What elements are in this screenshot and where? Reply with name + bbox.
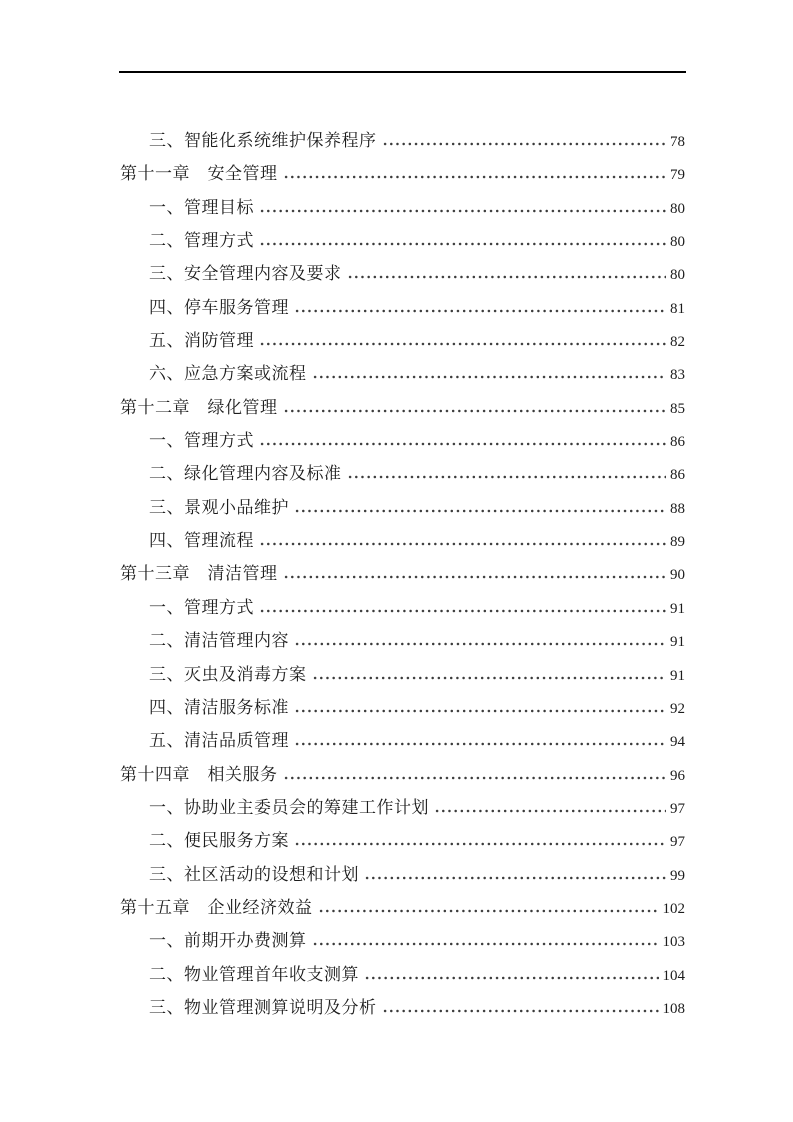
dot-leader [283,409,667,413]
toc-entry-label: 第十三章 清洁管理 [120,559,278,584]
toc-entry-label: 一、协助业主委员会的筹建工作计划 [149,793,429,818]
toc-entry-label: 三、安全管理内容及要求 [149,259,342,284]
toc-entry-page-number: 97 [670,834,685,851]
dot-leader [259,342,666,346]
dot-leader [347,475,667,479]
toc-entry-label: 三、景观小品维护 [149,493,289,518]
toc-entry-page-number: 80 [670,234,685,251]
dot-leader [364,976,659,980]
toc-entry-page-number: 108 [663,1001,686,1018]
dot-leader [434,809,666,813]
toc-entry[interactable]: 三、灭虫及消毒方案 91 [120,660,685,693]
toc-entry-label: 三、物业管理测算说明及分析 [149,993,377,1018]
toc-entry[interactable]: 二、绿化管理内容及标准 86 [120,459,685,492]
toc-entry-label: 三、灭虫及消毒方案 [149,660,307,685]
toc-entry-page-number: 85 [670,401,685,418]
header-rule [119,71,686,73]
dot-leader [318,909,659,913]
dot-leader [259,242,666,246]
toc-entry-page-number: 102 [663,901,686,918]
toc-entry[interactable]: 二、物业管理首年收支测算 104 [120,960,685,993]
dot-leader [382,1009,659,1013]
toc-entry-page-number: 82 [670,334,685,351]
toc-entry[interactable]: 四、清洁服务标准 92 [120,693,685,726]
toc-entry-label: 四、管理流程 [149,526,254,551]
toc-entry-label: 六、应急方案或流程 [149,359,307,384]
toc-entry[interactable]: 三、智能化系统维护保养程序 78 [120,126,685,159]
toc-entry[interactable]: 二、便民服务方案 97 [120,826,685,859]
toc-entry-label: 五、消防管理 [149,326,254,351]
toc-entry-page-number: 91 [670,601,685,618]
dot-leader [259,442,666,446]
toc-entry-page-number: 103 [663,934,686,951]
toc-entry-page-number: 104 [663,968,686,985]
toc-entry[interactable]: 一、管理方式 91 [120,593,685,626]
toc-entry-label: 三、智能化系统维护保养程序 [149,126,377,151]
toc-entry-label: 二、物业管理首年收支测算 [149,960,359,985]
dot-leader [283,175,667,179]
toc-entry-page-number: 81 [670,301,685,318]
toc-entry-page-number: 89 [670,534,685,551]
toc-entry[interactable]: 三、社区活动的设想和计划 99 [120,860,685,893]
dot-leader [259,209,666,213]
toc-entry[interactable]: 五、消防管理 82 [120,326,685,359]
toc-entry-page-number: 97 [670,801,685,818]
toc-entry-page-number: 80 [670,267,685,284]
toc-entry-page-number: 90 [670,567,685,584]
toc-entry[interactable]: 五、清洁品质管理 94 [120,726,685,759]
toc-entry-label: 第十一章 安全管理 [120,159,278,184]
toc-entry-page-number: 80 [670,201,685,218]
toc-entry-page-number: 91 [670,634,685,651]
toc-entry-label: 一、管理方式 [149,593,254,618]
toc-entry-label: 第十五章 企业经济效益 [120,893,313,918]
toc-entry[interactable]: 二、管理方式 80 [120,226,685,259]
toc-entry[interactable]: 第十二章 绿化管理 85 [120,393,685,426]
toc-entry-label: 一、前期开办费测算 [149,926,307,951]
toc-entry-page-number: 88 [670,501,685,518]
dot-leader [294,709,666,713]
toc-entry-label: 二、管理方式 [149,226,254,251]
toc-entry[interactable]: 一、协助业主委员会的筹建工作计划 97 [120,793,685,826]
dot-leader [294,509,666,513]
toc-entry-page-number: 92 [670,701,685,718]
toc-entry[interactable]: 第十四章 相关服务 96 [120,760,685,793]
toc-entry-label: 第十二章 绿化管理 [120,393,278,418]
dot-leader [312,676,667,680]
dot-leader [259,542,666,546]
toc-entry[interactable]: 六、应急方案或流程 83 [120,359,685,392]
toc-entry-label: 第十四章 相关服务 [120,760,278,785]
dot-leader [382,142,667,146]
toc-entry-page-number: 94 [670,734,685,751]
dot-leader [347,275,667,279]
toc-entry[interactable]: 一、管理目标 80 [120,193,685,226]
toc-entry-page-number: 78 [670,134,685,151]
toc-entry-label: 二、便民服务方案 [149,826,289,851]
toc-entry-label: 四、清洁服务标准 [149,693,289,718]
toc-entry-page-number: 96 [670,768,685,785]
toc-entry-page-number: 91 [670,668,685,685]
toc-entry-page-number: 86 [670,434,685,451]
toc-entry[interactable]: 四、管理流程 89 [120,526,685,559]
toc-entry[interactable]: 第十五章 企业经济效益 102 [120,893,685,926]
toc-entry[interactable]: 四、停车服务管理 81 [120,293,685,326]
document-page: 三、智能化系统维护保养程序 78 第十一章 安全管理 79 一、管理目标 80 … [0,0,793,1122]
toc-entry-label: 三、社区活动的设想和计划 [149,860,359,885]
toc-entry-label: 二、清洁管理内容 [149,626,289,651]
toc-entry-page-number: 99 [670,868,685,885]
dot-leader [294,642,666,646]
toc-entry-page-number: 83 [670,367,685,384]
dot-leader [312,375,667,379]
toc-entry[interactable]: 第十一章 安全管理 79 [120,159,685,192]
dot-leader [294,842,666,846]
toc-entry-page-number: 79 [670,167,685,184]
dot-leader [283,776,667,780]
toc-entry[interactable]: 二、清洁管理内容 91 [120,626,685,659]
toc-entry[interactable]: 一、管理方式 86 [120,426,685,459]
toc-entry-label: 四、停车服务管理 [149,293,289,318]
toc-entry-label: 五、清洁品质管理 [149,726,289,751]
toc-entry-label: 一、管理目标 [149,193,254,218]
toc-entry[interactable]: 一、前期开办费测算 103 [120,926,685,959]
toc-entry[interactable]: 三、景观小品维护 88 [120,493,685,526]
dot-leader [259,609,666,613]
toc-entry[interactable]: 三、物业管理测算说明及分析 108 [120,993,685,1026]
dot-leader [294,309,666,313]
toc-entry[interactable]: 第十三章 清洁管理 90 [120,559,685,592]
toc-entry-page-number: 86 [670,467,685,484]
toc-entry[interactable]: 三、安全管理内容及要求 80 [120,259,685,292]
toc-list: 三、智能化系统维护保养程序 78 第十一章 安全管理 79 一、管理目标 80 … [120,126,685,1026]
dot-leader [294,742,666,746]
dot-leader [312,942,659,946]
dot-leader [364,876,666,880]
dot-leader [283,575,667,579]
toc-entry-label: 二、绿化管理内容及标准 [149,459,342,484]
toc-entry-label: 一、管理方式 [149,426,254,451]
